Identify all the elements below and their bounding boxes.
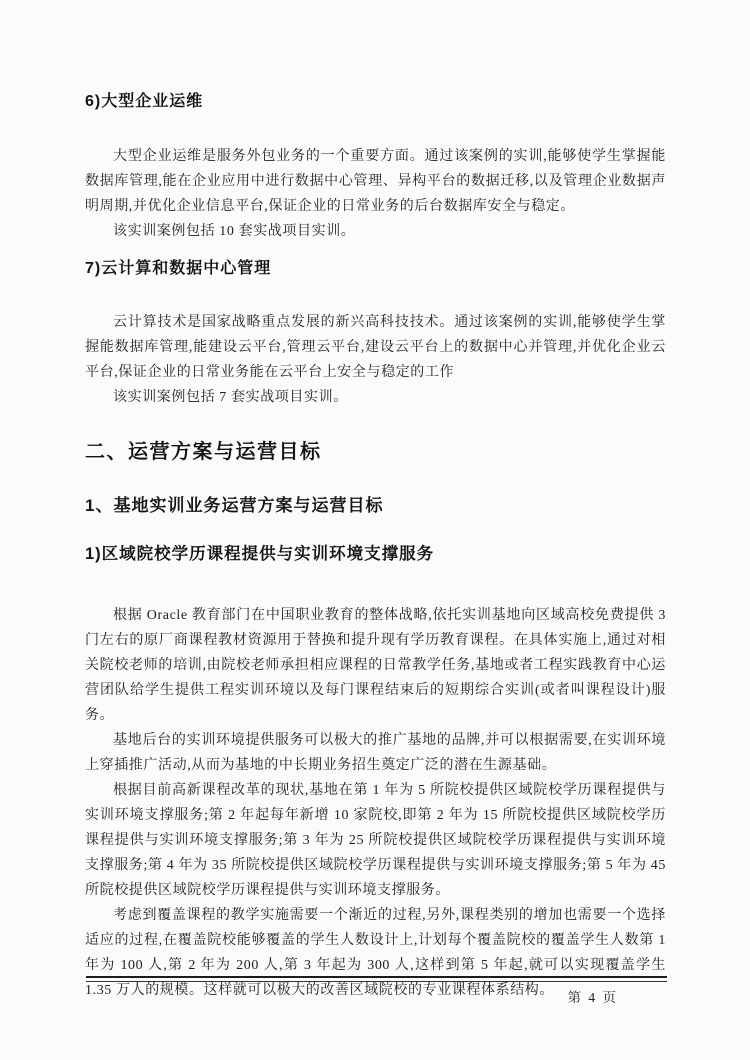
page-footer: 第 4 页 — [86, 976, 667, 1006]
paragraph-cloud-computing-cases: 该实训案例包括 7 套实战项目实训。 — [85, 385, 666, 410]
paragraph-brand-promotion: 基地后台的实训环境提供服务可以极大的推广基地的品牌,并可以根据需要,在实训环境上… — [85, 728, 666, 778]
subsection-heading-regional-course-service: 1)区域院校学历课程提供与实训环境支撑服务 — [85, 545, 666, 563]
footer-rule — [86, 976, 667, 982]
section-heading-6-enterprise-operations: 6)大型企业运维 — [85, 93, 666, 110]
subsection-heading-base-training-plan: 1、基地实训业务运营方案与运营目标 — [85, 497, 666, 514]
section-heading-7-cloud-computing: 7)云计算和数据中心管理 — [85, 260, 666, 277]
paragraph-oracle-strategy: 根据 Oracle 教育部门在中国职业教育的整体战略,依托实训基地向区域高校免费… — [85, 603, 666, 728]
paragraph-yearly-school-coverage: 根据目前高新课程改革的现状,基地在第 1 年为 5 所院校提供区域院校学历课程提… — [85, 778, 666, 903]
paragraph-enterprise-operations-desc: 大型企业运维是服务外包业务的一个重要方面。通过该案例的实训,能够使学生掌握能数据… — [85, 144, 666, 219]
document-page: 6)大型企业运维 大型企业运维是服务外包业务的一个重要方面。通过该案例的实训,能… — [0, 0, 750, 1060]
chapter-heading-operations-plan: 二、运营方案与运营目标 — [85, 442, 666, 462]
paragraph-enterprise-operations-cases: 该实训案例包括 10 套实战项目实训。 — [85, 219, 666, 244]
paragraph-cloud-computing-desc: 云计算技术是国家战略重点发展的新兴高科技技术。通过该案例的实训,能够使学生掌握能… — [85, 310, 666, 385]
page-number: 第 4 页 — [86, 986, 667, 1006]
